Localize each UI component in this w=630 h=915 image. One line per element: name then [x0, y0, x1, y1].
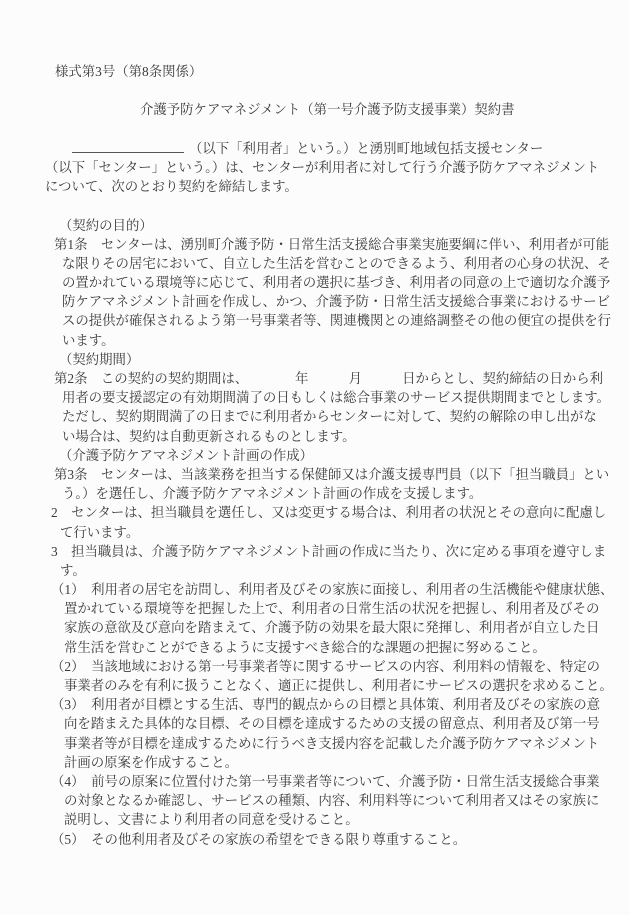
contract-line-item-cont: 家族の意欲及び意向を踏まえて、介護予防の効果を最大限に発揮し、利用者が自立した日 — [45, 618, 624, 637]
preamble-name-line-text: （以下「利用者」という。）と湧別町地域包括支援センター — [189, 141, 543, 156]
contract-line-article: 第1条 センターは、湧別町介護予防・日常生活支援総合事業実施要綱に伴い、利用者が… — [45, 235, 624, 254]
contract-line-article-cont: スの提供が確保されるよう第一号事業者等、関連機関との連絡調整その他の便宜の提供を… — [45, 311, 624, 330]
contract-line-item-cont: 置かれている環境等を把握した上で、利用者の日常生活の状況を把握し、利用者及びその — [45, 599, 624, 618]
contract-line-item: （3） 利用者が目標とする生活、専門的観点からの目標と具体策、利用者及びその家族… — [45, 695, 624, 714]
contract-line-item-cont: 事業者等が目標を達成するために行うべき支援内容を記載した介護予防ケアマネジメント — [45, 734, 624, 753]
contract-line-item-cont: 説明し、文書により利用者の同意を受けること。 — [45, 810, 624, 829]
document-title: 介護予防ケアマネジメント（第一号介護予防支援事業）契約書 — [45, 100, 624, 119]
contract-line-heading: （介護予防ケアマネジメント計画の作成） — [45, 446, 624, 465]
preamble-line-plain: について、次のとおり契約を締結します。 — [45, 177, 624, 196]
contract-line-heading: （契約の目的） — [45, 216, 624, 235]
contract-line-numbered-cont: す。 — [45, 561, 624, 580]
contract-line-numbered-cont: て行います。 — [45, 523, 624, 542]
form-number: 様式第3号（第8条関係） — [45, 62, 624, 81]
user-name-blank-field — [72, 139, 184, 153]
contract-line-item-cont: 向を踏まえた具体的な目標、その目標を達成するための支援の留意点、利用者及び第一号 — [45, 714, 624, 733]
contract-line-article: 第2条 この契約の契約期間は、 年 月 日からとし、契約締結の日から利 — [45, 369, 624, 388]
preamble-line-plain: （以下「センター」という。）は、センターが利用者に対して行う介護予防ケアマネジメ… — [45, 158, 624, 177]
contract-line-item: （5） その他利用者及びその家族の希望をできる限り尊重すること。 — [45, 830, 624, 849]
preamble-lines: （以下「センター」という。）は、センターが利用者に対して行う介護予防ケアマネジメ… — [45, 158, 624, 196]
contract-line-article-cont: い場合は、契約は自動更新されるものとします。 — [45, 427, 624, 446]
contract-line-heading: （契約期間） — [45, 350, 624, 369]
contract-line-article-cont: の置かれている環境等に応じて、利用者の選択に基づき、利用者の同意の上で適切な介護… — [45, 273, 624, 292]
contract-line-article-cont: ただし、契約期間満了の日までに利用者からセンターに対して、契約の解除の申し出がな — [45, 407, 624, 426]
contract-line-article-cont: う。）を選任し、介護予防ケアマネジメント計画の作成を支援します。 — [45, 484, 624, 503]
contract-body: （契約の目的）第1条 センターは、湧別町介護予防・日常生活支援総合事業実施要綱に… — [45, 216, 624, 849]
contract-line-numbered: 3 担当職員は、介護予防ケアマネジメント計画の作成に当たり、次に定める事項を遵守… — [45, 542, 624, 561]
contract-line-article-cont: 防ケアマネジメント計画を作成し、かつ、介護予防・日常生活支援総合事業におけるサー… — [45, 292, 624, 311]
contract-line-item: （1） 利用者の居宅を訪問し、利用者及びその家族に面接し、利用者の生活機能や健康… — [45, 580, 624, 599]
contract-line-item: （4） 前号の原案に位置付けた第一号事業者等について、介護予防・日常生活支援総合… — [45, 772, 624, 791]
contract-document-page: 様式第3号（第8条関係） 介護予防ケアマネジメント（第一号介護予防支援事業）契約… — [0, 0, 630, 915]
contract-line-article-cont: な限りその居宅において、自立した生活を営むことのできるよう、利用者の心身の状況、… — [45, 254, 624, 273]
preamble-name-line: （以下「利用者」という。）と湧別町地域包括支援センター — [45, 139, 624, 158]
contract-line-article-cont: います。 — [45, 331, 624, 350]
contract-line-item-cont: の対象となるか確認し、サービスの種類、内容、利用料等について利用者又はその家族に — [45, 791, 624, 810]
contract-line-article-cont: 用者の要支援認定の有効期間満了の日もしくは総合事業のサービス提供期間までとします… — [45, 388, 624, 407]
contract-line-numbered: 2 センターは、担当職員を選任し、又は変更する場合は、利用者の状況とその意向に配… — [45, 503, 624, 522]
contract-line-item-cont: 事業者のみを有利に扱うことなく、適正に提供し、利用者にサービスの選択を求めること… — [45, 676, 624, 695]
contract-line-item: （2） 当該地域における第一号事業者等に関するサービスの内容、利用料の情報を、特… — [45, 657, 624, 676]
contract-line-item-cont: 計画の原案を作成すること。 — [45, 753, 624, 772]
contract-line-article: 第3条 センターは、当該業務を担当する保健師又は介護支援専門員（以下「担当職員」… — [45, 465, 624, 484]
contract-line-item-cont: 常生活を営むことができるように支援すべき総合的な課題の把握に努めること。 — [45, 638, 624, 657]
